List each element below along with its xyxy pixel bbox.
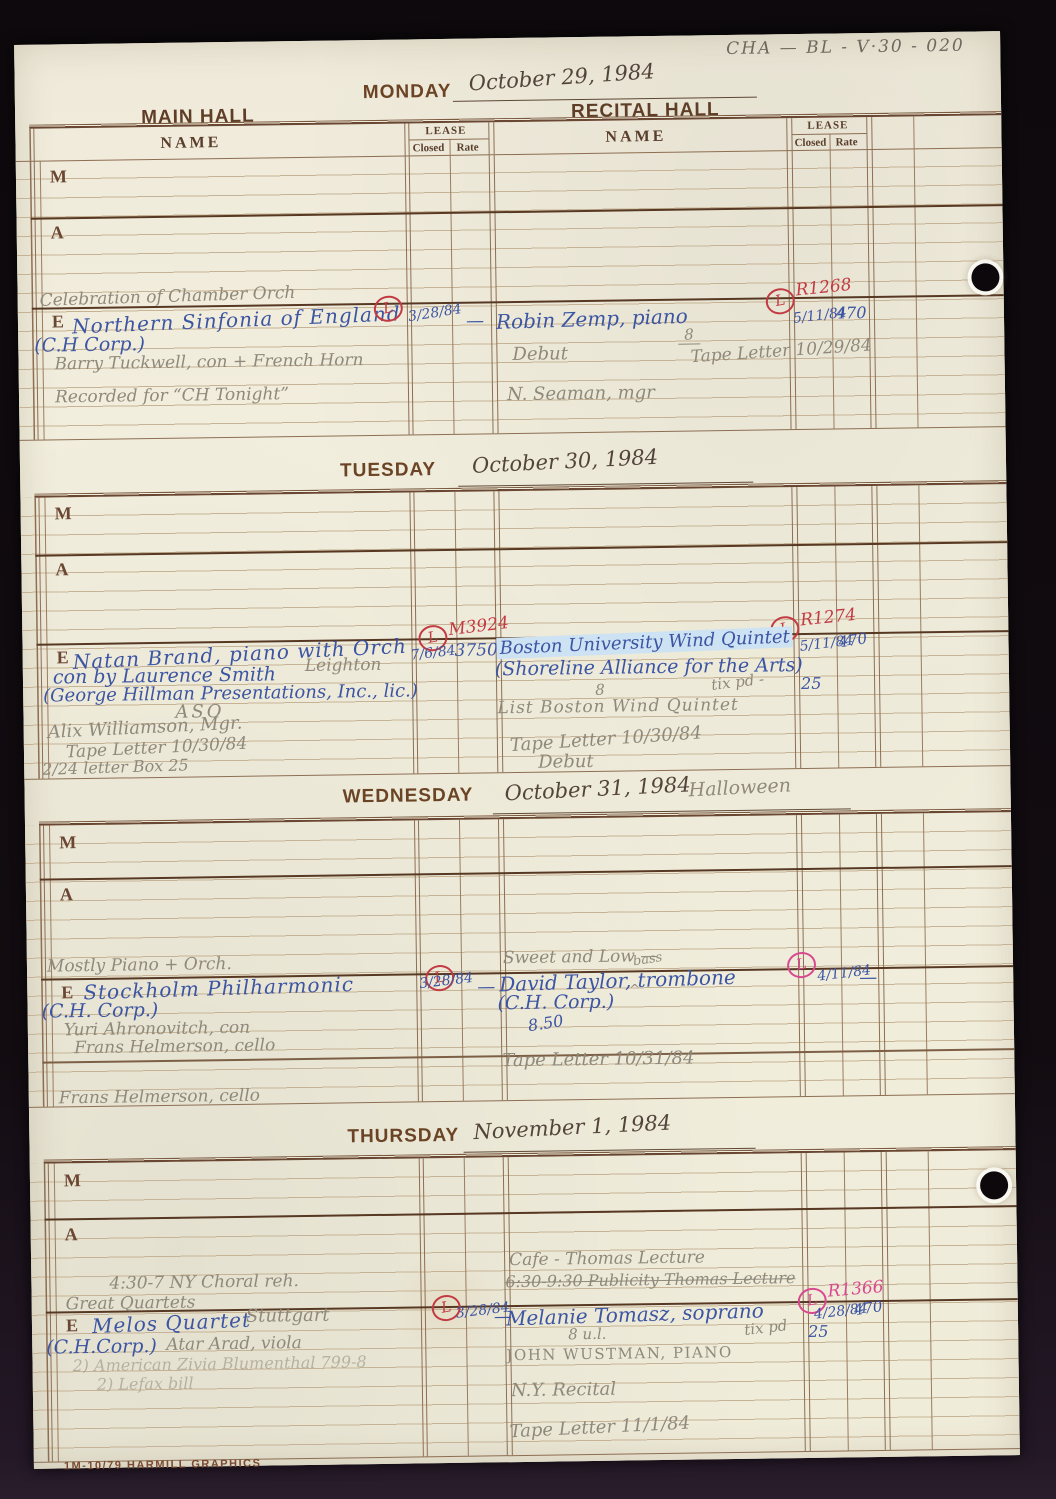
row-label-afternoon: A xyxy=(51,222,64,243)
tuesday-recital-fee: 25 xyxy=(801,674,822,693)
thursday-recital-note-pre1: Cafe - Thomas Lecture xyxy=(509,1247,705,1270)
thursday-recital-line4: N.Y. Recital xyxy=(511,1379,616,1401)
thursday-main-entry-name2: Stuttgart xyxy=(246,1305,330,1327)
column-header-lease-main: LEASE xyxy=(425,125,466,138)
row-label-morning: M xyxy=(50,166,67,187)
monday-recital-time: 8 xyxy=(678,325,700,344)
thursday-recital-time: 8 u.l. xyxy=(568,1325,607,1344)
tuesday-recital-note: Debut xyxy=(538,751,594,773)
day-date-monday: October 29, 1984 xyxy=(468,59,655,95)
thursday-recital-pianist: JOHN WUSTMAN, PIANO xyxy=(506,1343,733,1364)
wednesday-main-soloist-repeat: Frans Helmerson, cello xyxy=(59,1086,260,1109)
thursday-main-note-pre1: 4:30-7 NY Choral reh. xyxy=(109,1271,299,1294)
day-title-monday: MONDAY xyxy=(363,81,452,104)
row-label-morning: M xyxy=(64,1170,81,1191)
day-date-thursday: November 1, 1984 xyxy=(473,1110,672,1144)
wednesday-recital-rate: — xyxy=(859,967,877,988)
tuesday-main-rate: 3750 xyxy=(454,640,498,661)
row-label-evening: E xyxy=(66,1315,78,1336)
day-note-halloween: Halloween xyxy=(688,774,791,801)
row-label-afternoon: A xyxy=(60,884,73,905)
monday-recital-note1: Debut xyxy=(512,343,568,365)
monday-recital-rate: 470 xyxy=(836,303,867,322)
monday-main-rate: — xyxy=(466,310,484,331)
wednesday-recital-org: (C.H. Corp.) xyxy=(497,991,614,1015)
tuesday-main-line2-annotation: Leighton xyxy=(305,655,382,676)
day-title-wednesday: WEDNESDAY xyxy=(342,785,473,809)
day-date-tuesday: October 30, 1984 xyxy=(471,445,658,478)
row-label-evening: E xyxy=(52,311,64,332)
row-label-afternoon: A xyxy=(65,1224,78,1245)
column-header-rate-recital: Rate xyxy=(835,136,857,148)
column-header-closed-recital: Closed xyxy=(794,137,826,149)
row-label-evening: E xyxy=(57,647,69,668)
monday-main-note2: Recorded for “CH Tonight” xyxy=(55,384,289,407)
row-label-morning: M xyxy=(55,503,72,524)
row-label-morning: M xyxy=(59,832,76,853)
column-header-lease-recital: LEASE xyxy=(807,119,848,132)
row-label-afternoon: A xyxy=(55,559,68,580)
thursday-main-line4: 2) Lefax bill xyxy=(97,1374,194,1394)
wednesday-main-note-pre: Mostly Piano + Orch. xyxy=(47,954,232,977)
monday-recital-manager: N. Seaman, mgr xyxy=(507,382,655,405)
tuesday-recital-line3: List Boston Wind Quintet xyxy=(497,695,739,718)
day-date-wednesday: October 31, 1984 xyxy=(504,772,691,805)
column-header-name-recital: NAME xyxy=(605,128,666,147)
wednesday-recital-caret: ^ xyxy=(629,982,640,997)
document-code: CHA — BL - V·30 - 020 xyxy=(726,36,965,59)
wednesday-main-soloist: Frans Helmerson, cello xyxy=(74,1035,275,1058)
wednesday-main-rate: — xyxy=(477,976,495,997)
thursday-main-violist: Atar Arad, viola xyxy=(166,1333,302,1355)
day-title-tuesday: TUESDAY xyxy=(340,459,436,482)
day-title-thursday: THURSDAY xyxy=(347,1125,459,1149)
column-header-name-main: NAME xyxy=(160,134,221,153)
printer-footer: 1M-10/79 HARMILL GRAPHICS xyxy=(64,1458,262,1473)
wednesday-recital-tape-letter: Tape Letter 10/31/84 xyxy=(502,1048,694,1072)
column-header-rate-main: Rate xyxy=(457,141,479,153)
column-header-closed-main: Closed xyxy=(413,142,445,154)
thursday-recital-fee: 25 xyxy=(808,1322,829,1341)
thursday-recital-note-pre2: 6:30-9:30 Publicity Thomas Lecture xyxy=(505,1268,795,1291)
ledger-page: CHA — BL - V·30 - 020 MONDAY October 29,… xyxy=(14,31,1020,1469)
